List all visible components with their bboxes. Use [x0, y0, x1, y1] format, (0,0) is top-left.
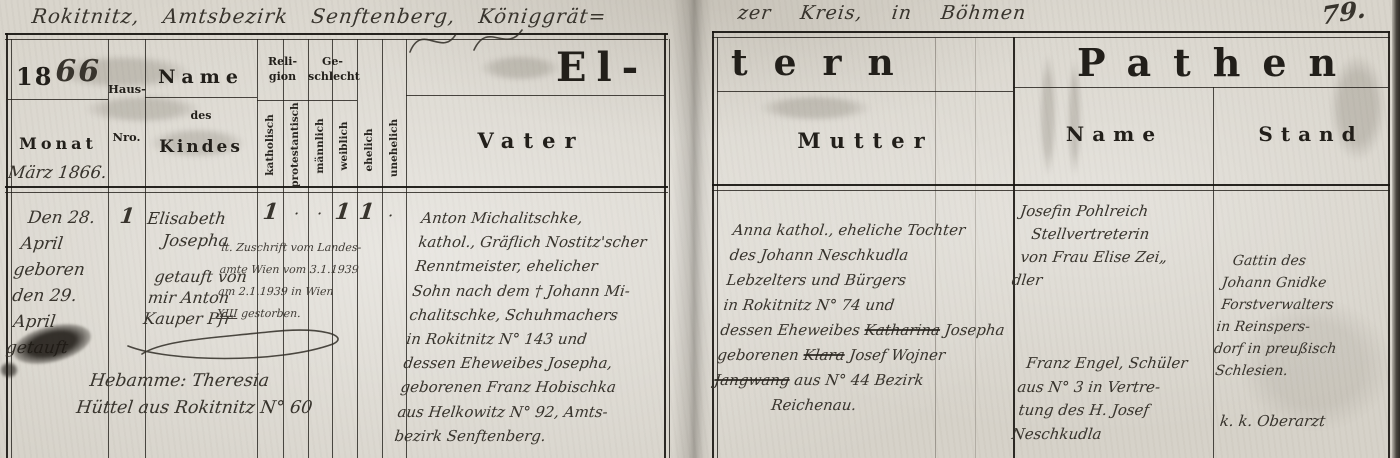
corrected-word: Klara	[802, 346, 845, 364]
tick-weiblich: 1	[333, 199, 352, 225]
record-pathen-name-2: Franz Engel, Schüler aus N° 3 in Vertre-…	[1010, 352, 1217, 446]
record-pathen-name-1: Josefin Pohlreich Stellvertreterin von F…	[1010, 200, 1216, 292]
header-mutter: Mutter	[718, 128, 1013, 153]
grid-line	[5, 39, 668, 40]
grid-line	[11, 39, 12, 458]
grid-line	[712, 190, 1390, 191]
header-name-kindes: Kindes	[145, 137, 257, 157]
header-haus: Haus-	[108, 82, 145, 96]
grid-line	[717, 91, 1013, 92]
grid-line	[406, 95, 664, 96]
header-religion: Reli-	[257, 55, 308, 68]
header-katholisch: katholisch	[264, 114, 276, 175]
tick-maennlich: ·	[316, 204, 323, 223]
bleedthrough-smudge	[760, 95, 870, 121]
grid-line	[5, 33, 668, 35]
grid-line	[257, 100, 357, 101]
header-eltern-right: tern	[731, 42, 920, 84]
header-protestantisch: protestantisch	[289, 102, 301, 187]
grid-line	[1013, 87, 1388, 88]
grid-line	[712, 184, 1390, 186]
corrected-word: Katharina	[864, 321, 942, 339]
grid-line	[145, 97, 257, 98]
corrected-word: Jangwang	[713, 371, 790, 389]
pen-flourish	[404, 26, 534, 60]
region-annotation-left: Rokitnitz, Amtsbezirk Senftenberg, König…	[31, 4, 608, 28]
header-name-des: des	[145, 109, 257, 122]
header-ehelich: ehelich	[363, 129, 375, 172]
record-pathen-stand-2: k. k. Oberarzt	[1219, 412, 1326, 430]
header-geschlecht: Ge-	[308, 55, 357, 68]
header-pathen: Pathen	[1077, 40, 1358, 85]
church-register-scan: Rokitnitz, Amtsbezirk Senftenberg, König…	[0, 0, 1400, 458]
record-vater: Anton Michalitschke, kathol., Gräflich N…	[393, 206, 685, 448]
grid-line	[712, 31, 1390, 33]
grid-line	[1388, 31, 1390, 458]
grid-line	[6, 33, 8, 458]
grid-line	[5, 192, 668, 193]
header-monat-value: März 1866.	[7, 163, 108, 183]
year-printed: 18	[16, 62, 53, 91]
tick-protestantisch: ·	[293, 204, 300, 223]
header-geschlecht2: schlecht	[308, 70, 357, 83]
bleedthrough-smudge	[1040, 55, 1056, 175]
record-child-name: Elisabeth Josepha	[143, 208, 232, 252]
header-maennlich: männlich	[314, 118, 326, 173]
record-haus-nro: 1	[118, 203, 136, 228]
tick-katholisch: 1	[261, 199, 280, 225]
header-year: 1866	[16, 58, 99, 93]
death-note-district: XIII	[216, 307, 238, 320]
tick-unehelich: ·	[387, 206, 394, 225]
page-edge	[1392, 0, 1400, 458]
grid-line	[5, 186, 668, 188]
record-pathen-stand-1: Gattin des Johann Gnidke Forstverwalters…	[1210, 250, 1400, 382]
record-midwife: Hebamme: Theresia Hüttel aus Rokitnitz N…	[75, 368, 318, 422]
region-annotation-right: zer Kreis, in Böhmen	[737, 2, 1028, 24]
ink-blot	[0, 362, 18, 378]
header-pathen-stand: Stand	[1216, 122, 1400, 146]
header-pathen-name: Name	[1016, 122, 1213, 146]
header-haus-nro: Nro.	[108, 130, 145, 144]
grid-line	[382, 39, 383, 458]
signature-flourish	[118, 322, 358, 364]
record-mutter: Anna kathol., eheliche Tochter des Johan…	[710, 218, 1027, 418]
page-number: 79.	[1322, 0, 1366, 31]
header-eltern-left: El-	[556, 44, 648, 91]
tick-ehelich: 1	[357, 199, 376, 225]
grid-line	[712, 37, 1390, 38]
grid-line	[8, 99, 108, 100]
header-religion2: gion	[257, 70, 308, 83]
header-vater: Vater	[406, 128, 656, 153]
grid-line	[1213, 87, 1214, 458]
record-death-note: lt. Zuschrift vom Landes- amte Wien vom …	[216, 237, 362, 325]
header-name-des-kindes: Name	[145, 66, 257, 88]
header-monat-label: Monat	[8, 134, 108, 153]
year-handwritten: 66	[55, 54, 101, 89]
header-unehelich: unehelich	[388, 119, 400, 177]
header-weiblich: weiblich	[338, 121, 350, 170]
